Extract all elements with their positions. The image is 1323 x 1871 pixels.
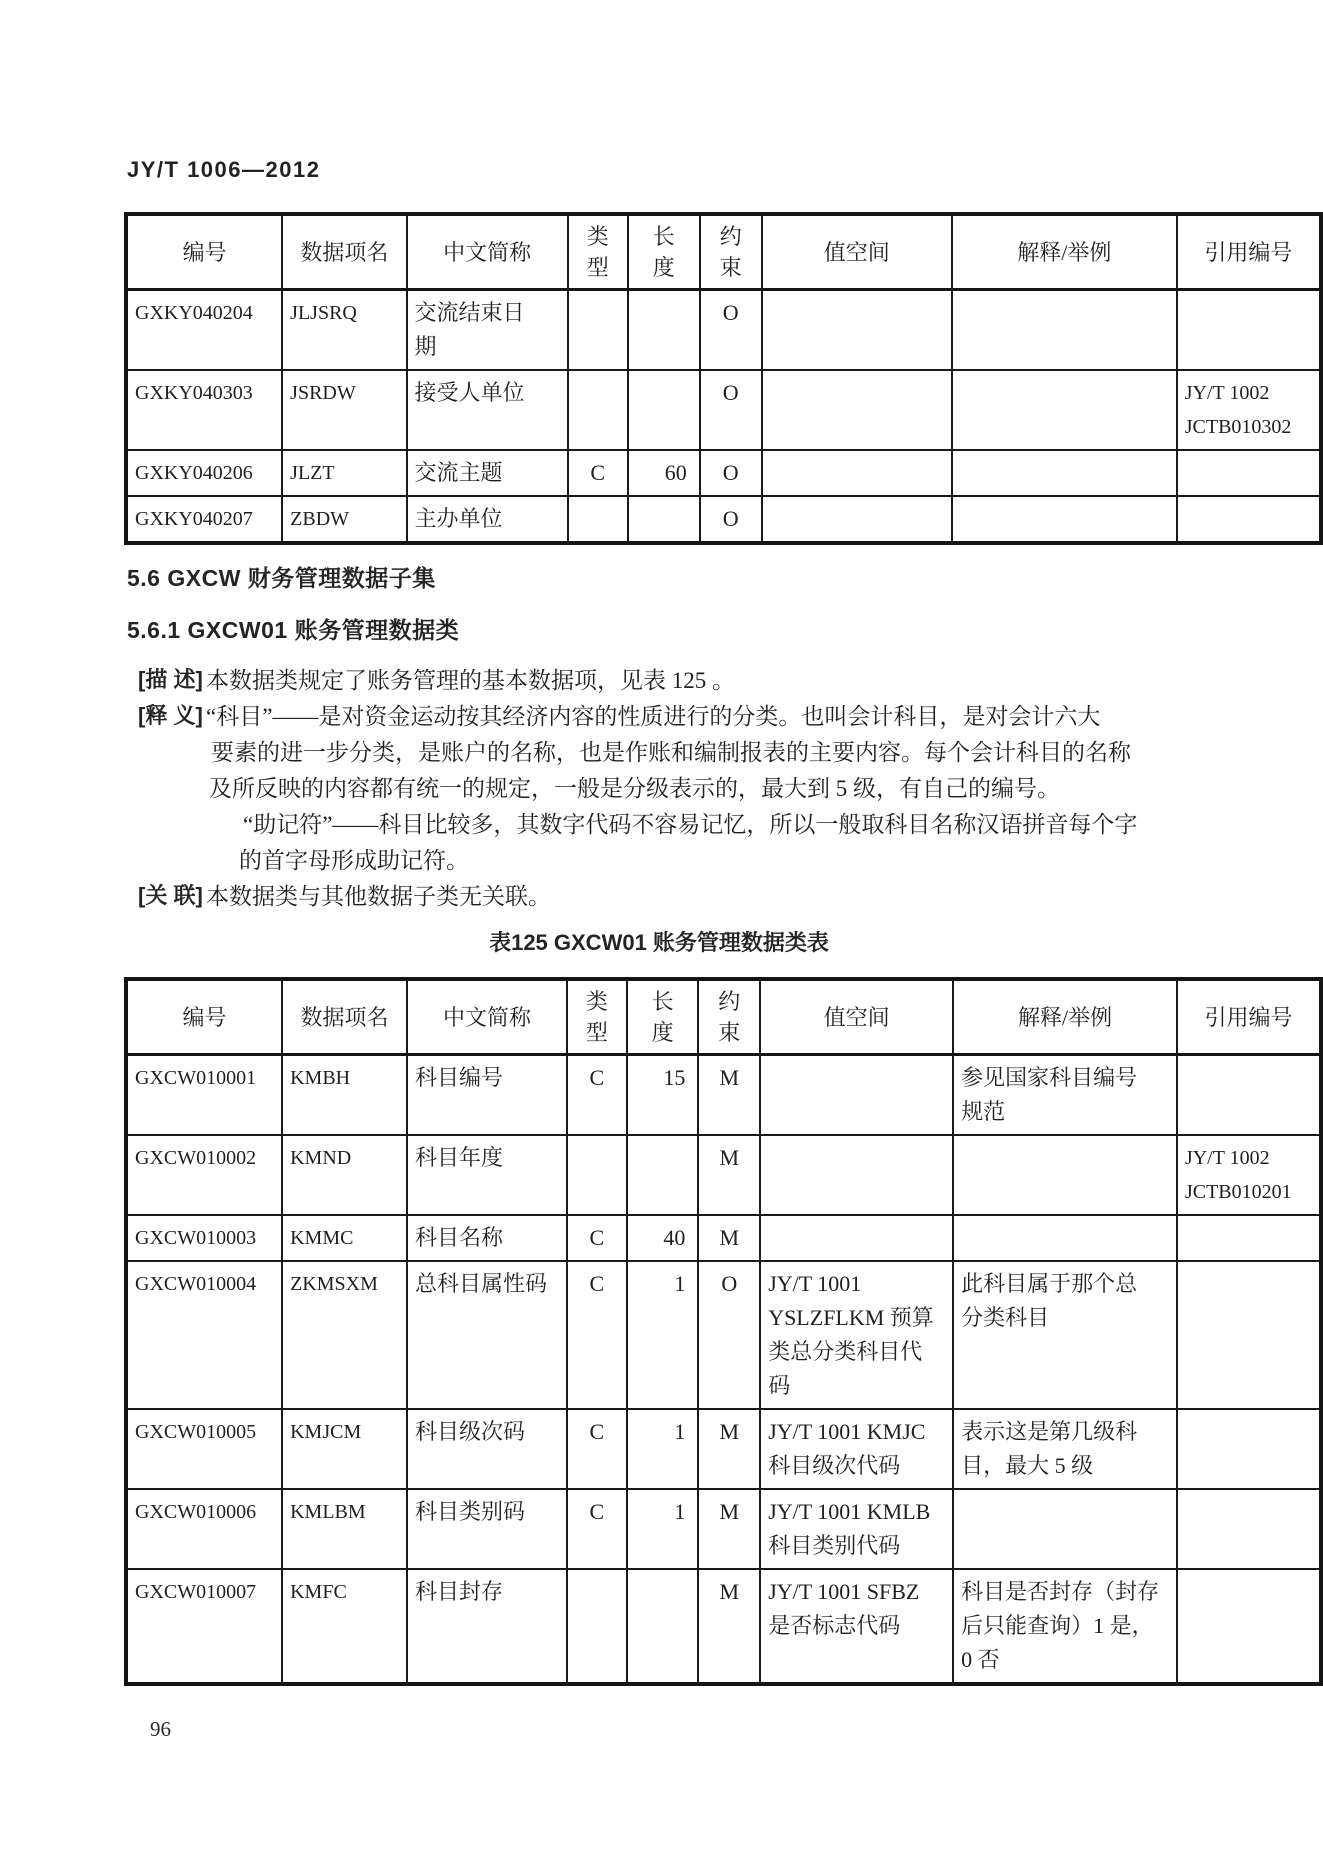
table-row: GXCW010006KMLBM科目类别码C1MJY/T 1001 KMLB 科目… <box>126 1489 1321 1569</box>
table-cell: KMFC <box>282 1569 407 1684</box>
table-cell: C <box>568 450 628 496</box>
definition-paragraphs: [描 述] 本数据类规定了账务管理的基本数据项，见表 125 。 [释 义] “… <box>138 660 1208 912</box>
col-header-changdu: 长 度 <box>628 214 700 290</box>
table-cell <box>760 1215 953 1261</box>
table-cell: JLZT <box>282 450 406 496</box>
table-cell <box>952 370 1177 450</box>
page-number: 96 <box>150 1717 171 1742</box>
table-cell <box>628 370 700 450</box>
table-cell: M <box>698 1409 760 1489</box>
table-caption: 表125 GXCW01 账务管理数据类表 <box>124 926 1194 957</box>
table-cell: 1 <box>627 1261 699 1409</box>
table-cell <box>953 1135 1177 1215</box>
table-cell: GXCW010001 <box>126 1055 282 1136</box>
table-gxky-continuation: 编号 数据项名 中文简称 类 型 长 度 约 束 值空间 解释/举例 引用编号 … <box>124 212 1323 545</box>
table-row: GXKY040207ZBDW主办单位O <box>126 496 1321 543</box>
data-table: 编号 数据项名 中文简称 类 型 长 度 约 束 值空间 解释/举例 引用编号 … <box>124 977 1323 1686</box>
table-cell: JY/T 1002 JCTB010302 <box>1177 370 1321 450</box>
table-row: GXKY040204JLJSRQ交流结束日 期O <box>126 290 1321 371</box>
table-cell: O <box>700 496 762 543</box>
table-cell: GXKY040206 <box>126 450 282 496</box>
paragraph-interpretation: [释 义] “科目”——是对资金运动按其经济内容的性质进行的分类。也叫会计科目，… <box>138 696 1208 732</box>
table-cell <box>952 290 1177 371</box>
col-header-changdu: 长 度 <box>627 979 699 1055</box>
col-header-jieshi: 解释/举例 <box>953 979 1177 1055</box>
table-cell: GXKY040204 <box>126 290 282 371</box>
table-cell: M <box>698 1135 760 1215</box>
table-cell: GXKY040207 <box>126 496 282 543</box>
table-header: 编号 数据项名 中文简称 类 型 长 度 约 束 值空间 解释/举例 引用编号 <box>126 979 1321 1055</box>
table-cell: GXCW010004 <box>126 1261 282 1409</box>
table-cell: 交流结束日 期 <box>407 290 568 371</box>
table-cell <box>568 370 628 450</box>
paragraph-label-interpretation: [释 义] <box>138 699 202 730</box>
table-cell <box>1177 1055 1321 1136</box>
table-cell <box>762 370 952 450</box>
table-cell: GXCW010002 <box>126 1135 282 1215</box>
col-header-yueshu: 约 束 <box>700 214 762 290</box>
table-row: GXKY040303JSRDW接受人单位OJY/T 1002 JCTB01030… <box>126 370 1321 450</box>
table-cell: GXCW010003 <box>126 1215 282 1261</box>
table-cell: 科目名称 <box>407 1215 567 1261</box>
table-cell: JY/T 1002 JCTB010201 <box>1177 1135 1321 1215</box>
col-header-yinyongbianhao: 引用编号 <box>1177 979 1321 1055</box>
table-cell: 40 <box>627 1215 699 1261</box>
table-cell <box>1177 1569 1321 1684</box>
table-cell: 参见国家科目编号 规范 <box>953 1055 1177 1136</box>
table-cell: C <box>567 1489 627 1569</box>
table-row: GXCW010004ZKMSXM总科目属性码C1OJY/T 1001 YSLZF… <box>126 1261 1321 1409</box>
section-heading-5-6: 5.6 GXCW 财务管理数据子集 <box>127 560 436 593</box>
table-cell <box>627 1135 699 1215</box>
table-cell: GXCW010007 <box>126 1569 282 1684</box>
col-header-jieshi: 解释/举例 <box>952 214 1177 290</box>
table-cell: M <box>698 1215 760 1261</box>
table-cell: 科目类别码 <box>407 1489 567 1569</box>
col-header-shujuxiangming: 数据项名 <box>282 214 406 290</box>
table-cell <box>762 496 952 543</box>
table-row: GXCW010007KMFC科目封存MJY/T 1001 SFBZ 是否标志代码… <box>126 1569 1321 1684</box>
table-cell <box>760 1135 953 1215</box>
table-cell <box>628 290 700 371</box>
table-cell: 1 <box>627 1489 699 1569</box>
table-cell <box>953 1489 1177 1569</box>
table-cell <box>627 1569 699 1684</box>
paragraph-interpretation-cont: 的首字母形成助记符。 <box>138 840 1208 876</box>
paragraph-text-relation: 本数据类与其他数据子类无关联。 <box>206 878 551 911</box>
table-row: GXCW010005KMJCM科目级次码C1MJY/T 1001 KMJC 科目… <box>126 1409 1321 1489</box>
table-cell <box>567 1135 627 1215</box>
table-cell: JY/T 1001 YSLZFLKM 预算 类总分类科目代 码 <box>760 1261 953 1409</box>
paragraph-text-description: 本数据类规定了账务管理的基本数据项，见表 125 。 <box>206 662 735 695</box>
table-cell: 科目年度 <box>407 1135 567 1215</box>
table-cell: C <box>567 1055 627 1136</box>
table-cell <box>953 1215 1177 1261</box>
col-header-zhongwenjiancheng: 中文简称 <box>407 979 567 1055</box>
table-cell: ZBDW <box>282 496 406 543</box>
col-header-leixing: 类 型 <box>567 979 627 1055</box>
col-header-zhikongjian: 值空间 <box>762 214 952 290</box>
table-cell: C <box>567 1215 627 1261</box>
table-cell <box>568 496 628 543</box>
paragraph-interpretation-cont: 及所反映的内容都有统一的规定，一般是分级表示的，最大到 5 级，有自己的编号。 <box>138 768 1208 804</box>
table-cell: 科目封存 <box>407 1569 567 1684</box>
paragraph-label-description: [描 述] <box>138 663 202 694</box>
paragraph-interpretation-cont: “助记符”——科目比较多，其数字代码不容易记忆，所以一般取科目名称汉语拼音每个字 <box>138 804 1208 840</box>
table-cell <box>567 1569 627 1684</box>
paragraph-interpretation-cont: 要素的进一步分类，是账户的名称，也是作账和编制报表的主要内容。每个会计科目的名称 <box>138 732 1208 768</box>
table-header-row: 编号 数据项名 中文简称 类 型 长 度 约 束 值空间 解释/举例 引用编号 <box>126 979 1321 1055</box>
table-gxcw01: 编号 数据项名 中文简称 类 型 长 度 约 束 值空间 解释/举例 引用编号 … <box>124 977 1323 1686</box>
section-heading-5-6-1: 5.6.1 GXCW01 账务管理数据类 <box>127 612 459 645</box>
table-cell: 科目编号 <box>407 1055 567 1136</box>
data-table: 编号 数据项名 中文简称 类 型 长 度 约 束 值空间 解释/举例 引用编号 … <box>124 212 1323 545</box>
table-header-row: 编号 数据项名 中文简称 类 型 长 度 约 束 值空间 解释/举例 引用编号 <box>126 214 1321 290</box>
table-cell: JY/T 1001 SFBZ 是否标志代码 <box>760 1569 953 1684</box>
table-row: GXCW010003KMMC科目名称C40M <box>126 1215 1321 1261</box>
table-cell: C <box>567 1261 627 1409</box>
paragraph-text-interpretation-line2: 要素的进一步分类，是账户的名称，也是作账和编制报表的主要内容。每个会计科目的名称 <box>206 734 1131 767</box>
table-cell: KMLBM <box>282 1489 407 1569</box>
table-cell <box>760 1055 953 1136</box>
table-cell: GXCW010006 <box>126 1489 282 1569</box>
paragraph-description: [描 述] 本数据类规定了账务管理的基本数据项，见表 125 。 <box>138 660 1208 696</box>
table-body: GXCW010001KMBH科目编号C15M参见国家科目编号 规范GXCW010… <box>126 1055 1321 1685</box>
table-cell: GXKY040303 <box>126 370 282 450</box>
col-header-leixing: 类 型 <box>568 214 628 290</box>
paragraph-relation: [关 联] 本数据类与其他数据子类无关联。 <box>138 876 1208 912</box>
table-body: GXKY040204JLJSRQ交流结束日 期OGXKY040303JSRDW接… <box>126 290 1321 544</box>
table-cell: 表示这是第几级科 目，最大 5 级 <box>953 1409 1177 1489</box>
table-cell: 总科目属性码 <box>407 1261 567 1409</box>
table-cell <box>1177 496 1321 543</box>
table-cell: GXCW010005 <box>126 1409 282 1489</box>
table-cell: JY/T 1001 KMLB 科目类别代码 <box>760 1489 953 1569</box>
table-cell <box>1177 450 1321 496</box>
table-row: GXCW010002KMND科目年度MJY/T 1002 JCTB010201 <box>126 1135 1321 1215</box>
table-cell: O <box>700 290 762 371</box>
col-header-yinyongbianhao: 引用编号 <box>1177 214 1321 290</box>
paragraph-label-relation: [关 联] <box>138 879 202 910</box>
table-cell <box>1177 290 1321 371</box>
table-cell: 接受人单位 <box>407 370 568 450</box>
table-cell: JSRDW <box>282 370 406 450</box>
doc-code: JY/T 1006—2012 <box>127 157 320 183</box>
table-cell: 15 <box>627 1055 699 1136</box>
table-cell: M <box>698 1055 760 1136</box>
table-cell <box>568 290 628 371</box>
table-cell <box>762 290 952 371</box>
table-cell: KMND <box>282 1135 407 1215</box>
table-cell: 交流主题 <box>407 450 568 496</box>
col-header-zhikongjian: 值空间 <box>760 979 953 1055</box>
col-header-shujuxiangming: 数据项名 <box>282 979 407 1055</box>
table-cell <box>628 496 700 543</box>
paragraph-text-interpretation-line5: 的首字母形成助记符。 <box>206 842 469 875</box>
table-cell <box>1177 1409 1321 1489</box>
table-cell: C <box>567 1409 627 1489</box>
table-cell <box>1177 1489 1321 1569</box>
table-cell: 科目级次码 <box>407 1409 567 1489</box>
col-header-zhongwenjiancheng: 中文简称 <box>407 214 568 290</box>
table-cell: O <box>700 370 762 450</box>
table-cell: ZKMSXM <box>282 1261 407 1409</box>
table-cell: 科目是否封存（封存 后只能查询）1 是， 0 否 <box>953 1569 1177 1684</box>
table-cell: M <box>698 1569 760 1684</box>
table-cell: M <box>698 1489 760 1569</box>
table-cell: O <box>700 450 762 496</box>
table-cell: O <box>698 1261 760 1409</box>
table-cell: 1 <box>627 1409 699 1489</box>
paragraph-text-interpretation-line3: 及所反映的内容都有统一的规定，一般是分级表示的，最大到 5 级，有自己的编号。 <box>206 770 1060 803</box>
table-cell <box>1177 1215 1321 1261</box>
col-header-bianhao: 编号 <box>126 979 282 1055</box>
table-cell: 主办单位 <box>407 496 568 543</box>
paragraph-text-interpretation-line1: “科目”——是对资金运动按其经济内容的性质进行的分类。也叫会计科目，是对会计六大 <box>206 698 1100 731</box>
table-cell: JY/T 1001 KMJC 科目级次代码 <box>760 1409 953 1489</box>
col-header-bianhao: 编号 <box>126 214 282 290</box>
table-cell: JLJSRQ <box>282 290 406 371</box>
table-cell <box>952 450 1177 496</box>
table-cell <box>1177 1261 1321 1409</box>
table-cell: KMBH <box>282 1055 407 1136</box>
table-row: GXKY040206JLZT交流主题C60O <box>126 450 1321 496</box>
table-row: GXCW010001KMBH科目编号C15M参见国家科目编号 规范 <box>126 1055 1321 1136</box>
table-cell: KMJCM <box>282 1409 407 1489</box>
col-header-yueshu: 约 束 <box>698 979 760 1055</box>
table-header: 编号 数据项名 中文简称 类 型 长 度 约 束 值空间 解释/举例 引用编号 <box>126 214 1321 290</box>
table-cell: 60 <box>628 450 700 496</box>
table-cell <box>952 496 1177 543</box>
document-page: JY/T 1006—2012 编号 数据项名 中文简称 类 型 长 度 约 束 … <box>0 0 1323 1871</box>
table-cell <box>762 450 952 496</box>
paragraph-text-interpretation-line4: “助记符”——科目比较多，其数字代码不容易记忆，所以一般取科目名称汉语拼音每个字 <box>206 806 1137 839</box>
table-cell: KMMC <box>282 1215 407 1261</box>
table-cell: 此科目属于那个总 分类科目 <box>953 1261 1177 1409</box>
